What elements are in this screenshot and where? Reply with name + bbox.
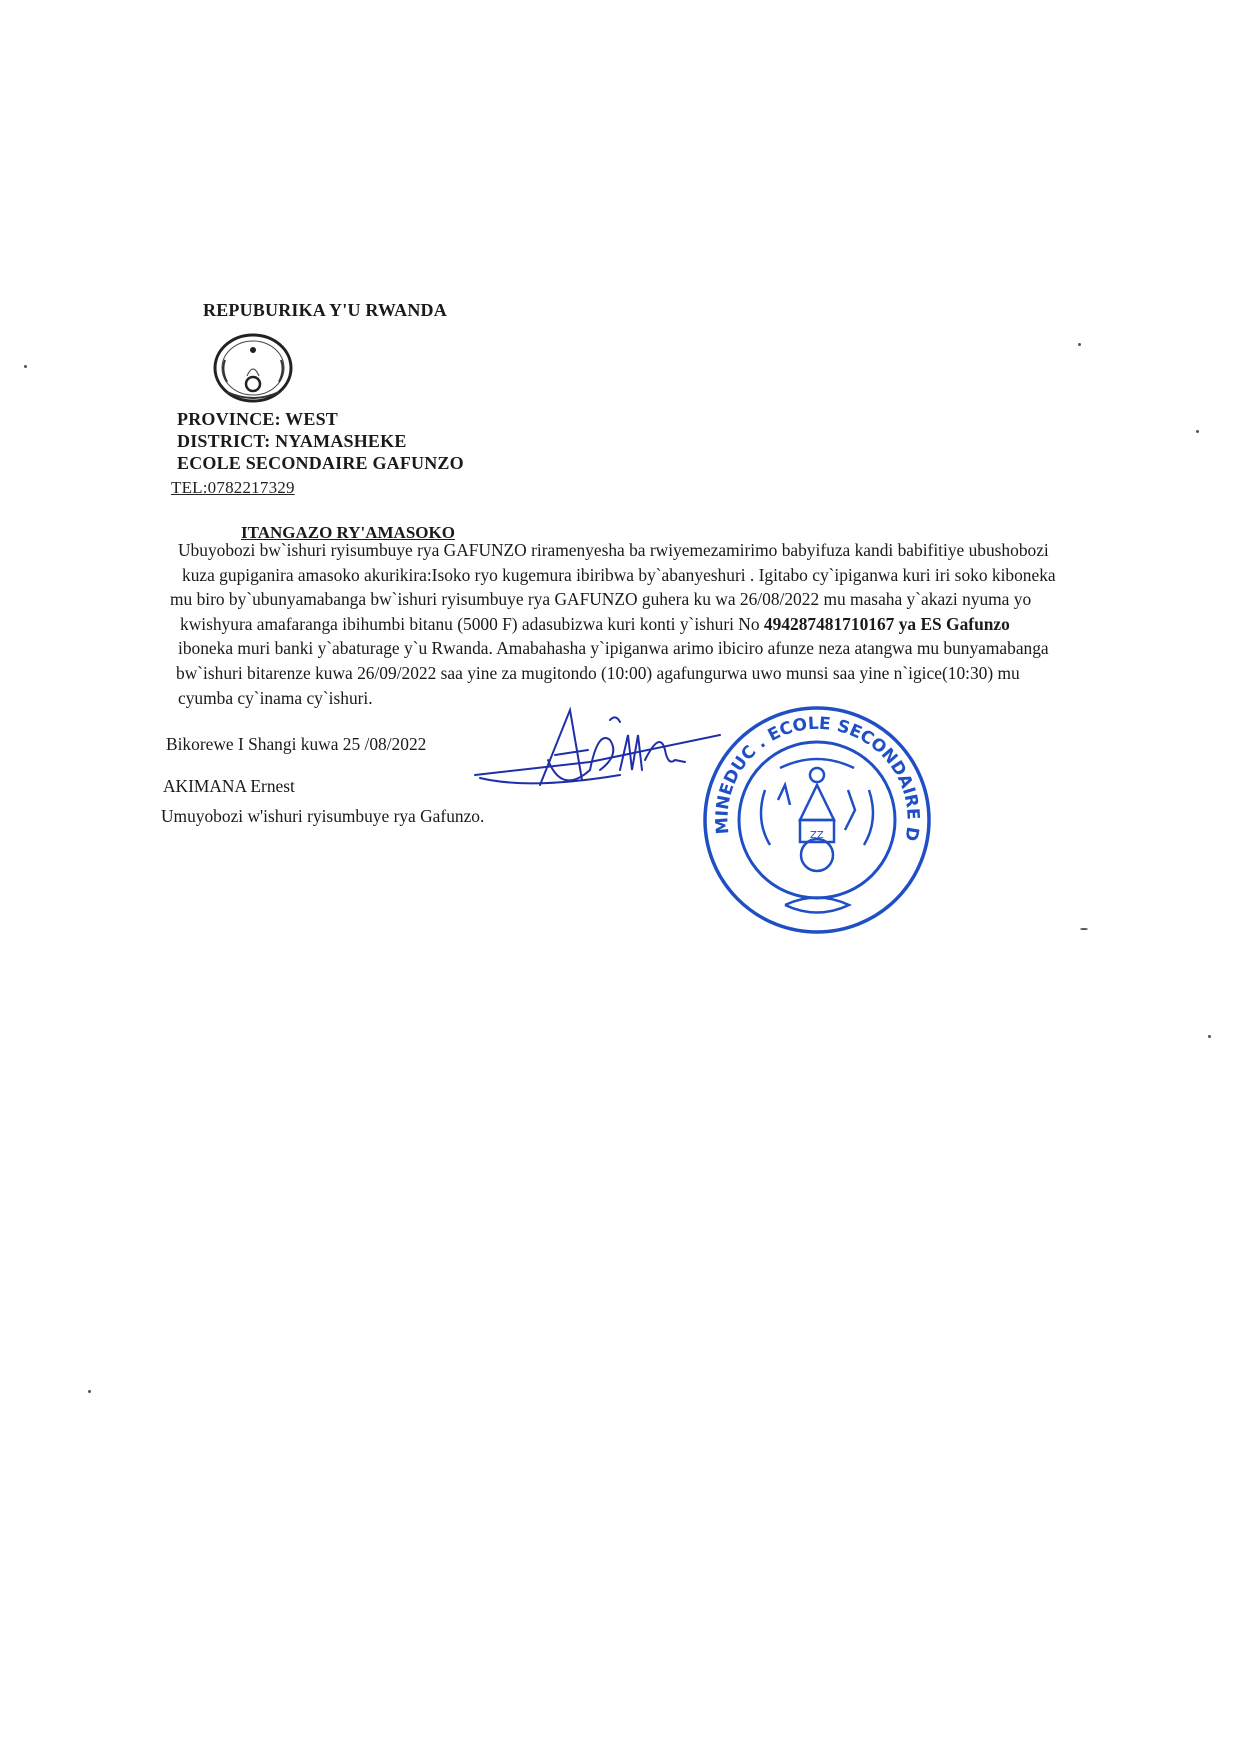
province-line: PROVINCE: WEST — [177, 409, 338, 430]
school-stamp-icon: MINEDUC . ECOLE SECONDAIRE DE GAFUNZO ZZ — [690, 690, 945, 945]
signer-title: Umuyobozi w'ishuri ryisumbuye rya Gafunz… — [161, 806, 484, 827]
notice-line-account: kwishyura amafaranga ibihumbi bitanu (50… — [170, 612, 1210, 637]
scan-speck — [1208, 1035, 1211, 1038]
district-line: DISTRICT: NYAMASHEKE — [177, 431, 407, 452]
scan-speck — [24, 365, 27, 368]
notice-line: mu biro by`ubunyamabanga bw`ishuri ryisu… — [170, 587, 1210, 612]
scan-speck — [1080, 928, 1088, 930]
notice-line: bw`ishuri bitarenze kuwa 26/09/2022 saa … — [170, 661, 1210, 686]
signed-place-date: Bikorewe I Shangi kuwa 25 /08/2022 — [166, 734, 426, 755]
republic-heading: REPUBURIKA Y'U RWANDA — [203, 300, 447, 321]
rwanda-coat-of-arms-icon — [207, 332, 299, 408]
scan-speck — [1196, 430, 1199, 433]
notice-line: iboneka muri banki y`abaturage y`u Rwand… — [170, 636, 1210, 661]
scan-speck — [88, 1390, 91, 1393]
signer-name: AKIMANA Ernest — [163, 776, 295, 797]
account-number: 494287481710167 ya ES Gafunzo — [764, 614, 1010, 634]
school-name: ECOLE SECONDAIRE GAFUNZO — [177, 453, 464, 474]
phone-number: TEL:0782217329 — [171, 478, 295, 498]
notice-line: kuza gupiganira amasoko akurikira:Isoko … — [170, 563, 1210, 588]
notice-body: Ubuyobozi bw`ishuri ryisumbuye rya GAFUN… — [170, 538, 1210, 710]
notice-line: Ubuyobozi bw`ishuri ryisumbuye rya GAFUN… — [170, 538, 1210, 563]
svg-text:ZZ: ZZ — [810, 830, 824, 841]
scan-speck — [1078, 343, 1081, 346]
notice-line-text: kwishyura amafaranga ibihumbi bitanu (50… — [180, 614, 764, 634]
